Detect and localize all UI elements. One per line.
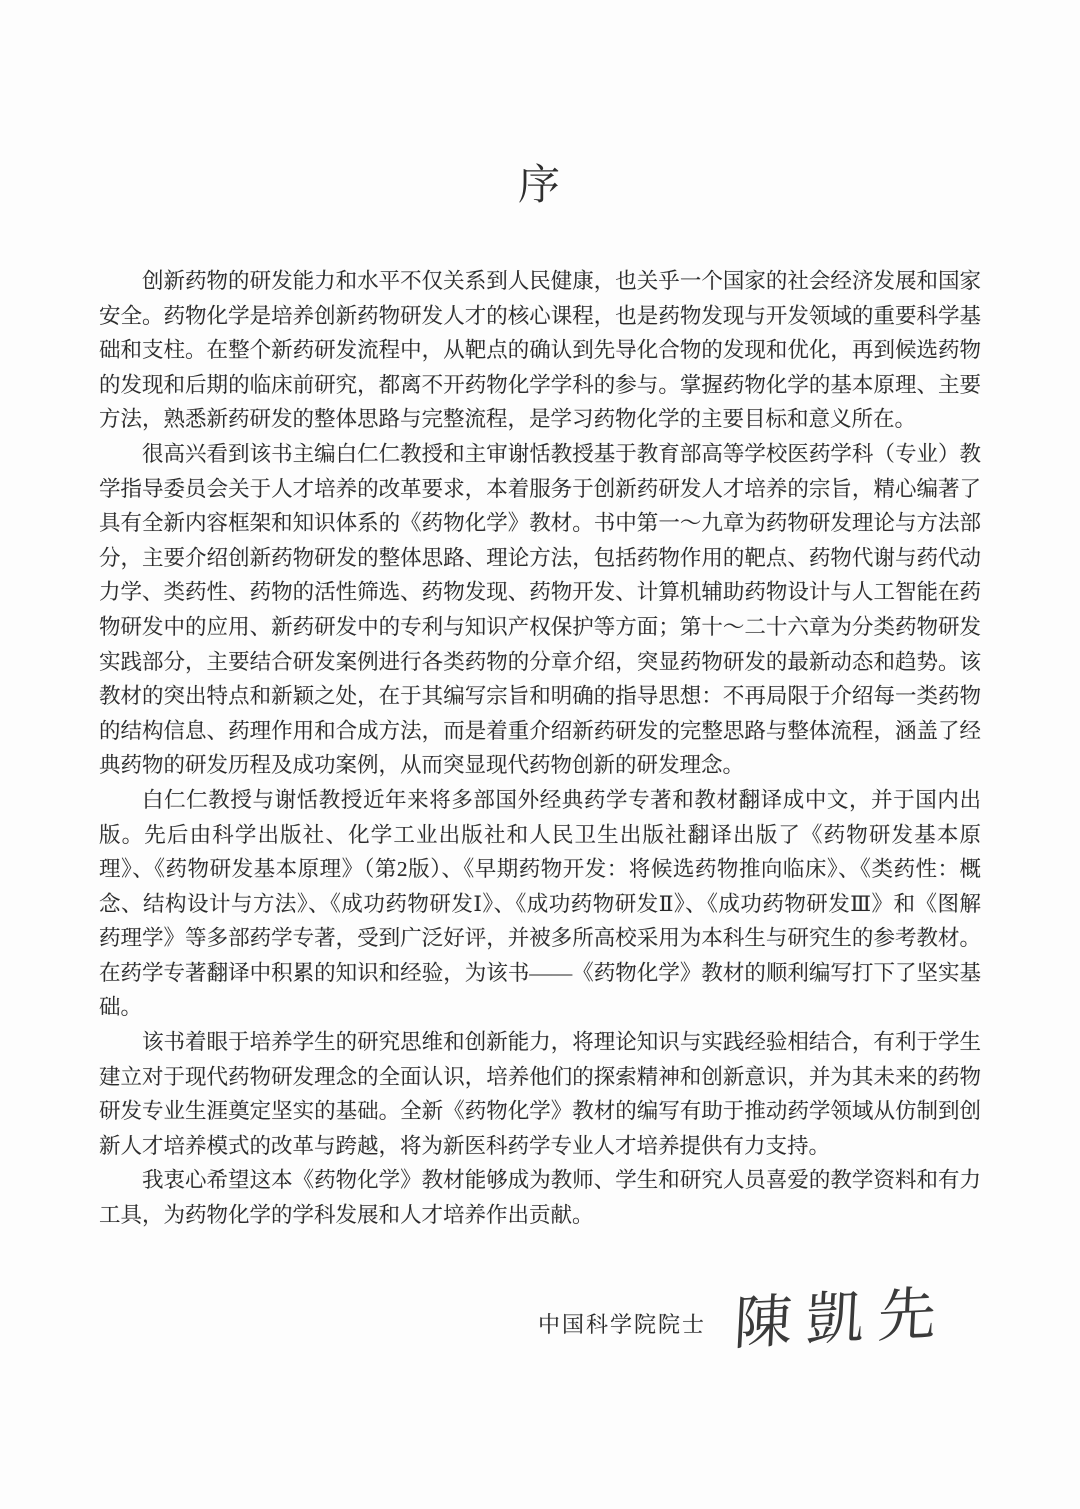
- preface-page: 序 创新药物的研发能力和水平不仅关系到人民健康，也关乎一个国家的社会经济发展和国…: [0, 0, 1080, 1509]
- preface-paragraph-4: 该书着眼于培养学生的研究思维和创新能力，将理论知识与实践经验相结合，有利于学生建…: [99, 1025, 981, 1163]
- signature-block: 中国科学院院士 陳凱先: [0, 1259, 950, 1379]
- preface-paragraph-1: 创新药物的研发能力和水平不仅关系到人民健康，也关乎一个国家的社会经济发展和国家安…: [99, 264, 981, 437]
- preface-paragraph-5: 我衷心希望这本《药物化学》教材能够成为教师、学生和研究人员喜爱的教学资料和有力工…: [99, 1163, 981, 1232]
- page-title: 序: [0, 0, 1080, 212]
- preface-paragraph-2: 很高兴看到该书主编白仁仁教授和主审谢恬教授基于教育部高等学校医药学科（专业）教学…: [99, 437, 981, 783]
- signature-handwriting: 陳凱先: [733, 1284, 952, 1354]
- preface-body: 创新药物的研发能力和水平不仅关系到人民健康，也关乎一个国家的社会经济发展和国家安…: [99, 264, 981, 1233]
- signature-affiliation-label: 中国科学院院士: [538, 1298, 706, 1339]
- preface-paragraph-3: 白仁仁教授与谢恬教授近年来将多部国外经典药学专著和教材翻译成中文，并于国内出版。…: [99, 783, 981, 1025]
